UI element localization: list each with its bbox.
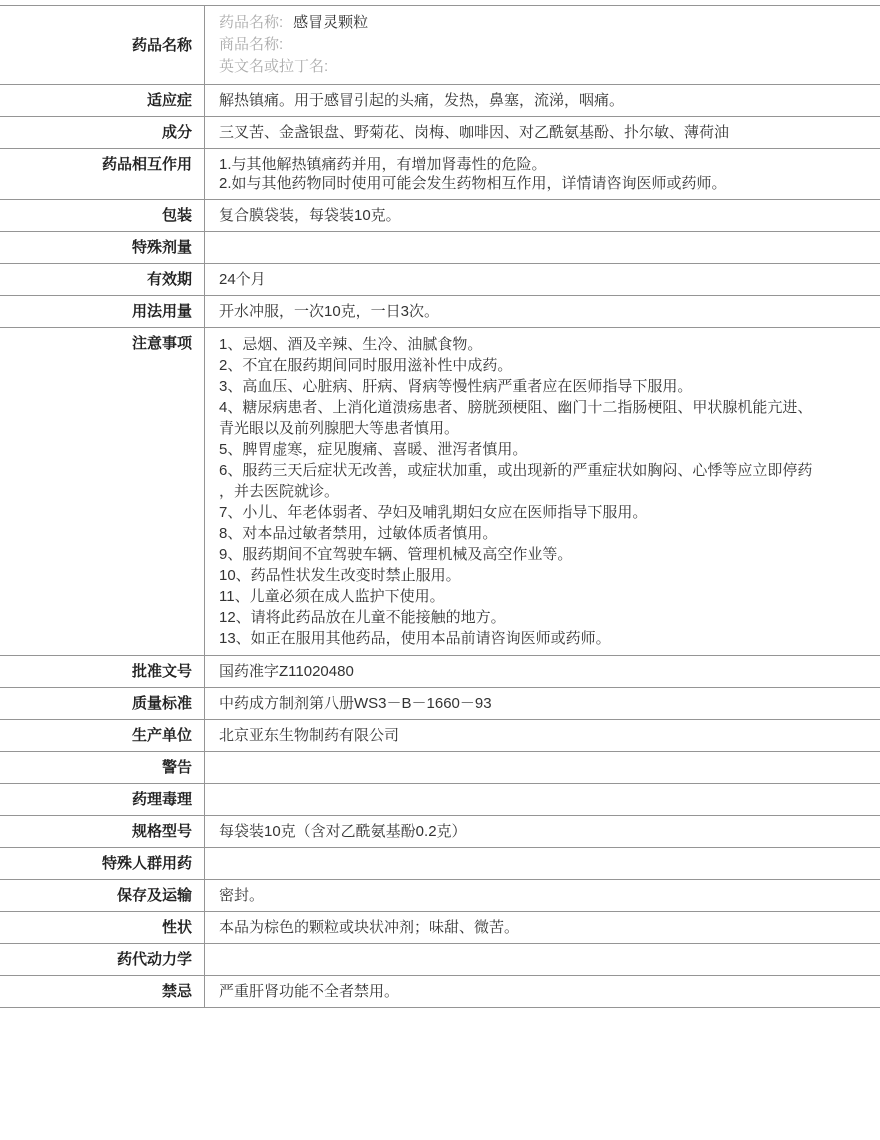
row-value-contraindications: 严重肝肾功能不全者禁用。: [205, 976, 880, 1008]
row-label-special-dosage: 特殊剂量: [0, 232, 205, 264]
row-label-quality-standard: 质量标准: [0, 688, 205, 720]
value-line: 2.如与其他药物同时使用可能会发生药物相互作用，详情请咨询医师或药师。: [219, 174, 866, 193]
row-label-pharmacology-toxicology: 药理毒理: [0, 784, 205, 816]
row-value-validity-period: 24个月: [205, 264, 880, 296]
table-row-quality-standard: 质量标准中药成方制剂第八册WS3－B－1660－93: [0, 688, 880, 720]
row-label-specification: 规格型号: [0, 816, 205, 848]
row-label-manufacturer: 生产单位: [0, 720, 205, 752]
value-line: 6、服药三天后症状无改善，或症状加重，或出现新的严重症状如胸闷、心悸等应立即停药: [219, 460, 866, 481]
value-line: 2、不宜在服药期间同时服用滋补性中成药。: [219, 355, 866, 376]
row-value-special-dosage: [205, 232, 880, 264]
value-line: 9、服药期间不宜驾驶车辆、管理机械及高空作业等。: [219, 544, 866, 565]
field-label: 商品名称:: [219, 36, 283, 53]
row-label-precautions: 注意事项: [0, 328, 205, 656]
value-line: 12、请将此药品放在儿童不能接触的地方。: [219, 607, 866, 628]
row-label-contraindications: 禁忌: [0, 976, 205, 1008]
value-line: 青光眼以及前列腺肥大等患者慎用。: [219, 418, 866, 439]
table-row-precautions: 注意事项1、忌烟、酒及辛辣、生冷、油腻食物。2、不宜在服药期间同时服用滋补性中成…: [0, 328, 880, 656]
row-label-validity-period: 有效期: [0, 264, 205, 296]
table-row-drug-interactions: 药品相互作用1.与其他解热镇痛药并用，有增加肾毒性的危险。2.如与其他药物同时使…: [0, 149, 880, 200]
row-value-pharmacology-toxicology: [205, 784, 880, 816]
row-label-drug-name: 药品名称: [0, 6, 205, 85]
field-line: 商品名称:: [219, 34, 866, 56]
row-value-drug-interactions: 1.与其他解热镇痛药并用，有增加肾毒性的危险。2.如与其他药物同时使用可能会发生…: [205, 149, 880, 200]
value-line: 8、对本品过敏者禁用，过敏体质者慎用。: [219, 523, 866, 544]
value-line: ，并去医院就诊。: [219, 481, 866, 502]
value-line: 4、糖尿病患者、上消化道溃疡患者、膀胱颈梗阻、幽门十二指肠梗阻、甲状腺机能亢进、: [219, 397, 866, 418]
value-line: 1.与其他解热镇痛药并用，有增加肾毒性的危险。: [219, 155, 866, 174]
row-value-precautions: 1、忌烟、酒及辛辣、生冷、油腻食物。2、不宜在服药期间同时服用滋补性中成药。3、…: [205, 328, 880, 656]
value-line: 1、忌烟、酒及辛辣、生冷、油腻食物。: [219, 334, 866, 355]
row-value-special-populations: [205, 848, 880, 880]
field-label: 英文名或拉丁名:: [219, 58, 328, 75]
table-row-indications: 适应症解热镇痛。用于感冒引起的头痛，发热，鼻塞，流涕，咽痛。: [0, 85, 880, 117]
table-row-manufacturer: 生产单位北京亚东生物制药有限公司: [0, 720, 880, 752]
row-label-packaging: 包装: [0, 200, 205, 232]
row-value-ingredients: 三叉苦、金盏银盘、野菊花、岗梅、咖啡因、对乙酰氨基酚、扑尔敏、薄荷油: [205, 117, 880, 149]
row-value-storage-transport: 密封。: [205, 880, 880, 912]
drug-info-table: 药品名称药品名称:感冒灵颗粒商品名称:英文名或拉丁名:适应症解热镇痛。用于感冒引…: [0, 5, 880, 1008]
table-row-pharmacology-toxicology: 药理毒理: [0, 784, 880, 816]
table-row-description: 性状本品为棕色的颗粒或块状冲剂；味甜、微苦。: [0, 912, 880, 944]
value-line: 11、儿童必须在成人监护下使用。: [219, 586, 866, 607]
table-row-validity-period: 有效期24个月: [0, 264, 880, 296]
table-row-special-populations: 特殊人群用药: [0, 848, 880, 880]
value-line: 3、高血压、心脏病、肝病、肾病等慢性病严重者应在医师指导下服用。: [219, 376, 866, 397]
row-label-pharmacokinetics: 药代动力学: [0, 944, 205, 976]
table-row-special-dosage: 特殊剂量: [0, 232, 880, 264]
table-row-pharmacokinetics: 药代动力学: [0, 944, 880, 976]
table-row-contraindications: 禁忌严重肝肾功能不全者禁用。: [0, 976, 880, 1008]
row-label-warning: 警告: [0, 752, 205, 784]
value-line: 7、小儿、年老体弱者、孕妇及哺乳期妇女应在医师指导下服用。: [219, 502, 866, 523]
table-row-ingredients: 成分三叉苦、金盏银盘、野菊花、岗梅、咖啡因、对乙酰氨基酚、扑尔敏、薄荷油: [0, 117, 880, 149]
row-value-approval-number: 国药准字Z11020480: [205, 656, 880, 688]
row-value-manufacturer: 北京亚东生物制药有限公司: [205, 720, 880, 752]
drug-info-table-body: 药品名称药品名称:感冒灵颗粒商品名称:英文名或拉丁名:适应症解热镇痛。用于感冒引…: [0, 6, 880, 1008]
value-line: 5、脾胃虚寒，症见腹痛、喜暖、泄泻者慎用。: [219, 439, 866, 460]
row-value-usage-dosage: 开水冲服，一次10克，一日3次。: [205, 296, 880, 328]
value-line: 10、药品性状发生改变时禁止服用。: [219, 565, 866, 586]
row-value-indications: 解热镇痛。用于感冒引起的头痛，发热，鼻塞，流涕，咽痛。: [205, 85, 880, 117]
table-row-storage-transport: 保存及运输密封。: [0, 880, 880, 912]
row-label-storage-transport: 保存及运输: [0, 880, 205, 912]
row-value-packaging: 复合膜袋装，每袋装10克。: [205, 200, 880, 232]
row-value-quality-standard: 中药成方制剂第八册WS3－B－1660－93: [205, 688, 880, 720]
row-value-drug-name: 药品名称:感冒灵颗粒商品名称:英文名或拉丁名:: [205, 6, 880, 85]
table-row-approval-number: 批准文号国药准字Z11020480: [0, 656, 880, 688]
row-label-approval-number: 批准文号: [0, 656, 205, 688]
row-label-description: 性状: [0, 912, 205, 944]
table-row-packaging: 包装复合膜袋装，每袋装10克。: [0, 200, 880, 232]
row-label-ingredients: 成分: [0, 117, 205, 149]
field-value: 感冒灵颗粒: [293, 14, 368, 31]
row-label-special-populations: 特殊人群用药: [0, 848, 205, 880]
field-line: 药品名称:感冒灵颗粒: [219, 12, 866, 34]
row-value-description: 本品为棕色的颗粒或块状冲剂；味甜、微苦。: [205, 912, 880, 944]
row-label-usage-dosage: 用法用量: [0, 296, 205, 328]
field-label: 药品名称:: [219, 14, 283, 31]
value-line: 13、如正在服用其他药品，使用本品前请咨询医师或药师。: [219, 628, 866, 649]
field-line: 英文名或拉丁名:: [219, 56, 866, 78]
row-value-pharmacokinetics: [205, 944, 880, 976]
row-label-drug-interactions: 药品相互作用: [0, 149, 205, 200]
row-value-specification: 每袋装10克（含对乙酰氨基酚0.2克）: [205, 816, 880, 848]
table-row-warning: 警告: [0, 752, 880, 784]
table-row-usage-dosage: 用法用量开水冲服，一次10克，一日3次。: [0, 296, 880, 328]
row-label-indications: 适应症: [0, 85, 205, 117]
row-value-warning: [205, 752, 880, 784]
table-row-specification: 规格型号每袋装10克（含对乙酰氨基酚0.2克）: [0, 816, 880, 848]
table-row-drug-name: 药品名称药品名称:感冒灵颗粒商品名称:英文名或拉丁名:: [0, 6, 880, 85]
